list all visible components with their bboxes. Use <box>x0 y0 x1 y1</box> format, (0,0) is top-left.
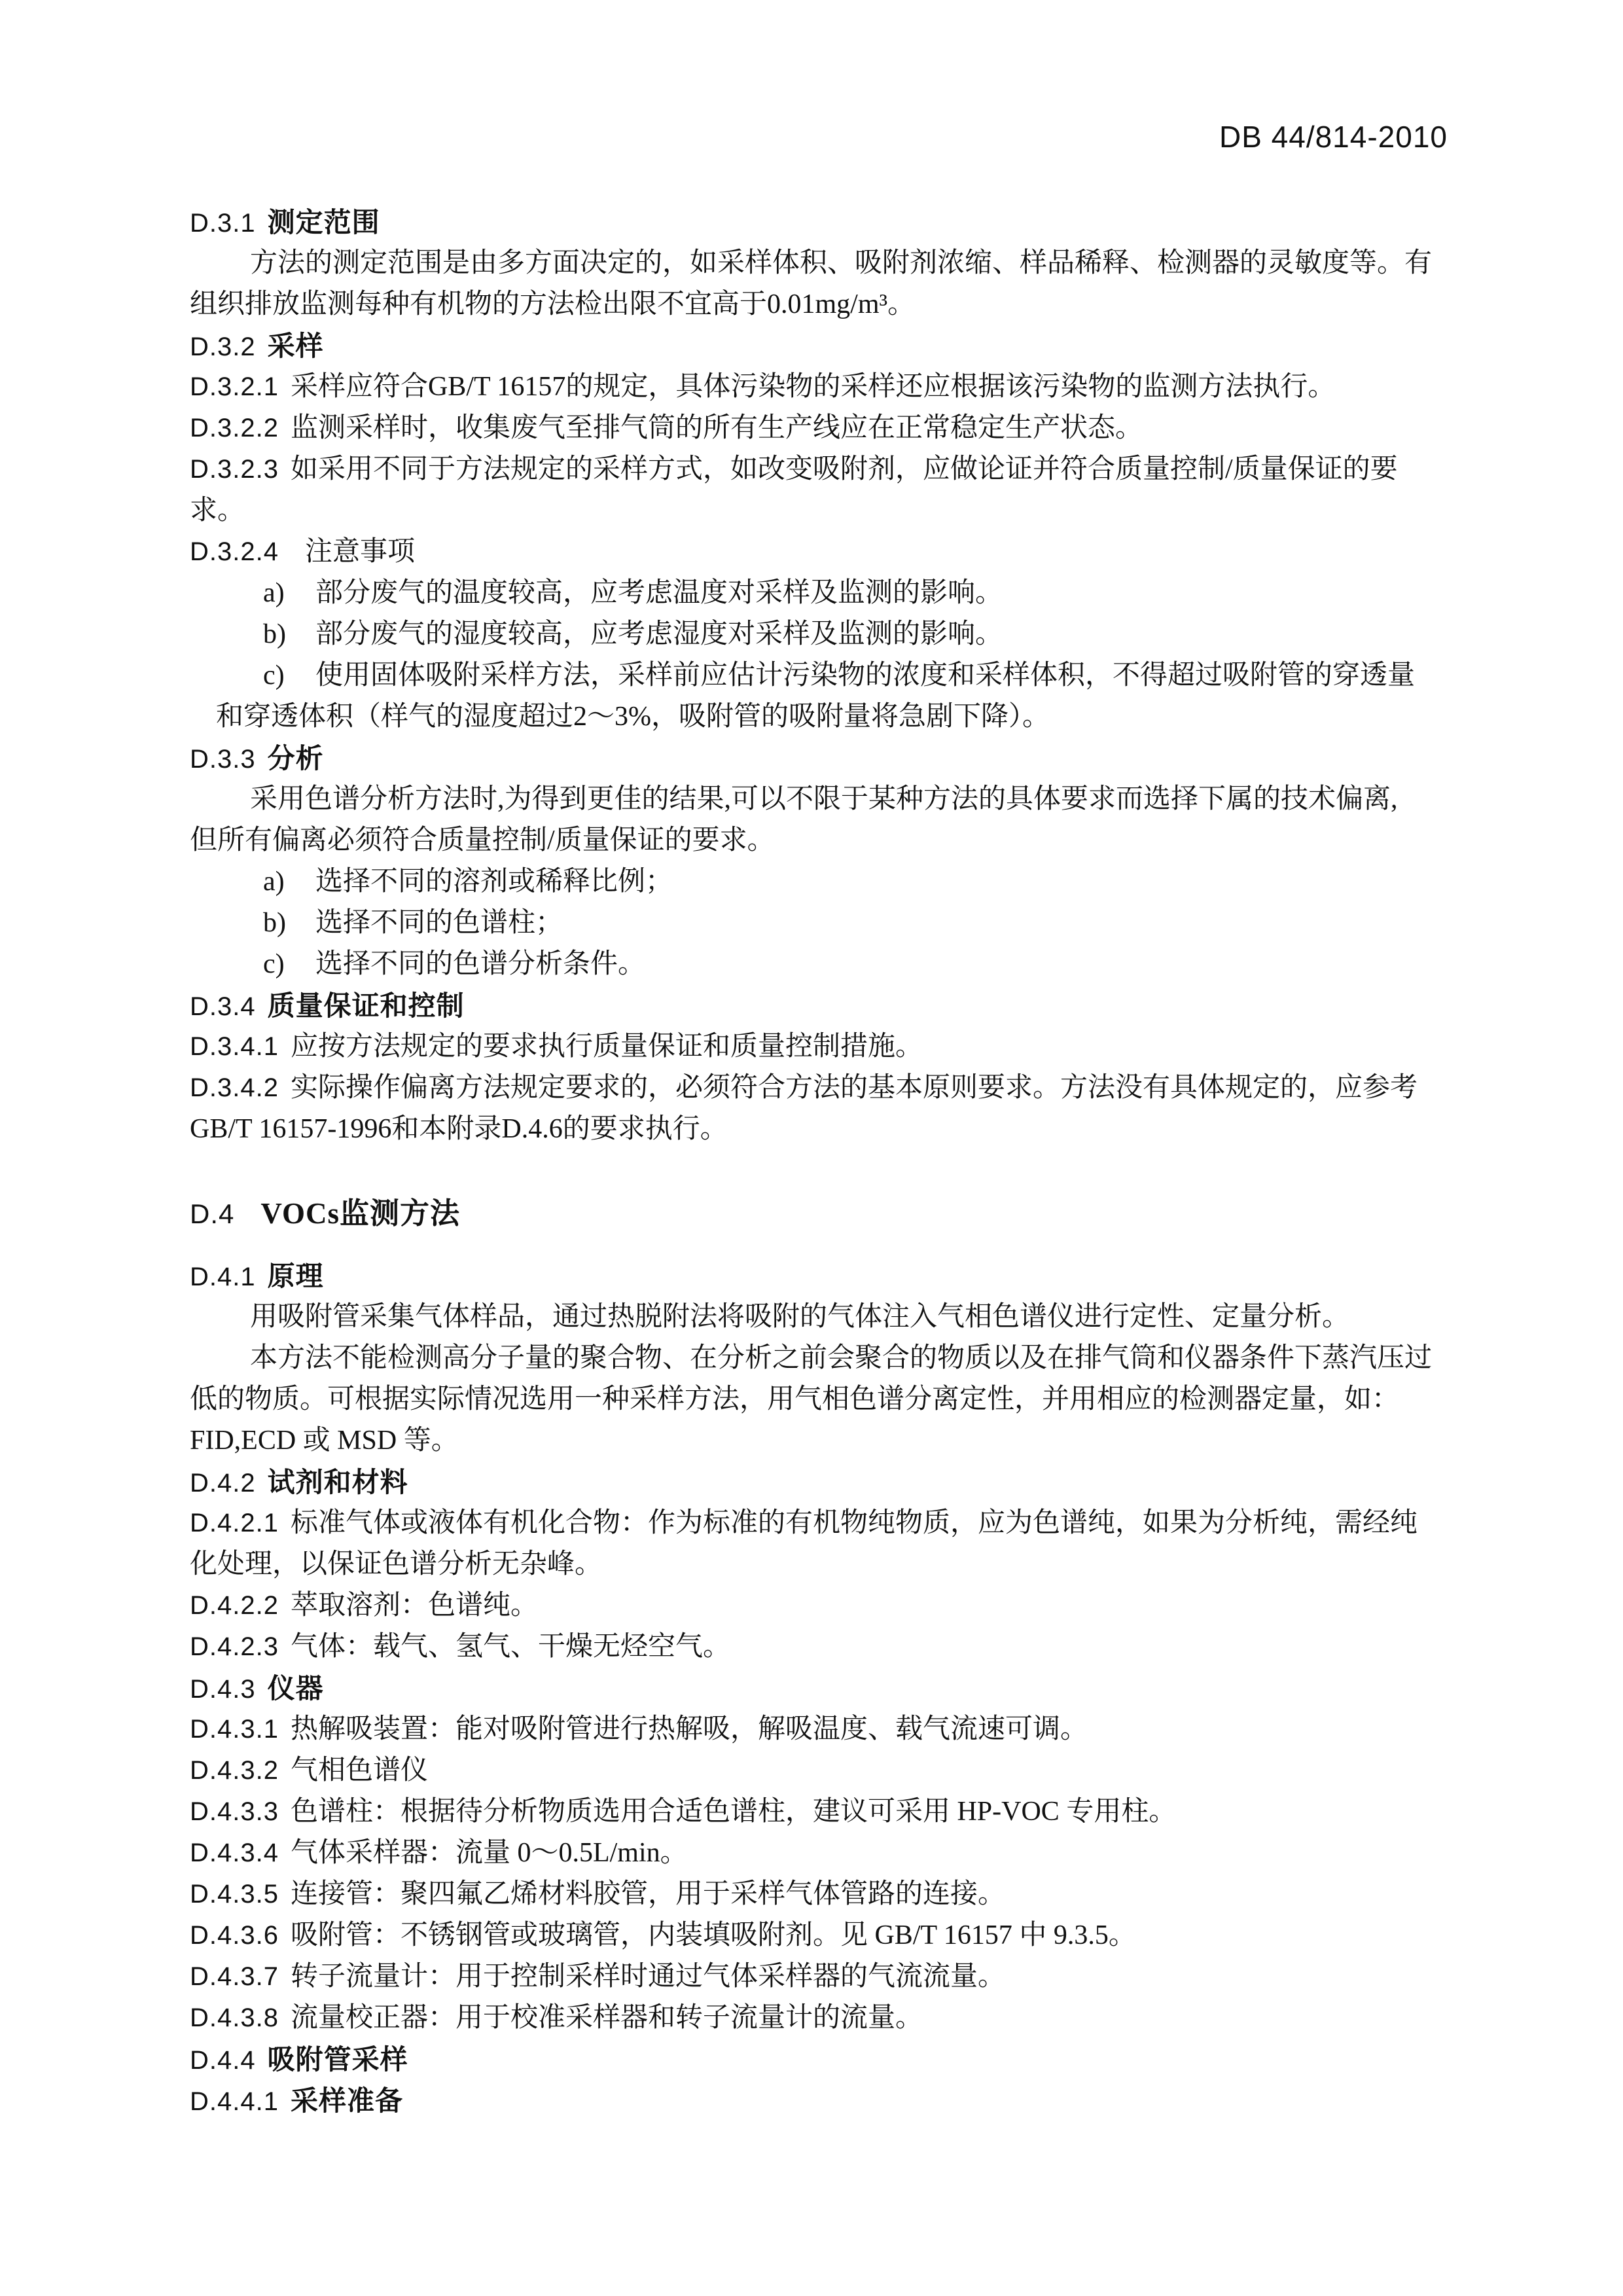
section-heading-line: D.4.4.1采样准备 <box>190 2080 1448 2121</box>
clause-number: D.4.2.3 <box>190 1632 279 1661</box>
clause-number: D.4.3.5 <box>190 1880 279 1909</box>
clause-number: D.4.2.2 <box>190 1591 279 1620</box>
clause-number: D.3.2.1 <box>190 372 279 401</box>
line-text: 但所有偏离必须符合质量控制/质量保证的要求。 <box>190 825 775 855</box>
paragraph-line: 但所有偏离必须符合质量控制/质量保证的要求。 <box>190 820 1448 861</box>
heading-title: 吸附管采样 <box>268 2044 408 2075</box>
line-text: 部分废气的湿度较高，应考虑湿度对采样及监测的影响。 <box>315 619 1003 649</box>
item-marker: b) <box>263 614 315 655</box>
clause-number: D.4.4.1 <box>190 2087 279 2116</box>
clause-number: D.3.4.2 <box>190 1073 279 1102</box>
line-text: 选择不同的溶剂或稀释比例； <box>315 867 673 897</box>
line-text: 选择不同的色谱分析条件。 <box>315 949 645 979</box>
list-item-line: b)部分废气的湿度较高，应考虑湿度对采样及监测的影响。 <box>190 614 1448 655</box>
line-text: 采样应符合GB/T 16157的规定，具体污染物的采样还应根据该污染物的监测方法… <box>291 372 1335 402</box>
clause-number: D.4.3.1 <box>190 1715 279 1744</box>
paragraph-line: 用吸附管采集气体样品，通过热脱附法将吸附的气体注入气相色谱仪进行定性、定量分析。 <box>190 1297 1448 1338</box>
clause-number: D.4.2 <box>190 1469 256 1498</box>
paragraph-line: 本方法不能检测高分子量的聚合物、在分析之前会聚合的物质以及在排气筒和仪器条件下蒸… <box>190 1338 1448 1379</box>
line-text: 化处理，以保证色谱分析无杂峰。 <box>190 1549 602 1579</box>
clause-number: D.4.3.7 <box>190 1962 279 1991</box>
clause-number: D.4.3.6 <box>190 1921 279 1950</box>
list-item-line: b)选择不同的色谱柱； <box>190 903 1448 944</box>
clause-number: D.3.3 <box>190 745 256 774</box>
paragraph-line: 化处理，以保证色谱分析无杂峰。 <box>190 1544 1448 1585</box>
heading-title: 试剂和材料 <box>268 1467 408 1498</box>
section-heading-line: D.3.1测定范围 <box>190 202 1448 243</box>
line-text: 连接管：聚四氟乙烯材料胶管，用于采样气体管路的连接。 <box>291 1879 1005 1909</box>
paragraph-line: 采用色谱分析方法时,为得到更佳的结果,可以不限于某种方法的具体要求而选择下属的技… <box>190 779 1448 820</box>
heading-title: 采样 <box>268 331 324 361</box>
line-text: 萃取溶剂：色谱纯。 <box>291 1590 538 1621</box>
clause-number: D.3.1 <box>190 209 256 238</box>
clause-line: D.3.2.2监测采样时，收集废气至排气筒的所有生产线应在正常稳定生产状态。 <box>190 408 1448 449</box>
paragraph-line: 方法的测定范围是由多方面决定的，如采样体积、吸附剂浓缩、样品稀释、检测器的灵敏度… <box>190 243 1448 284</box>
heading-title: 质量保证和控制 <box>268 990 465 1021</box>
item-marker: b) <box>263 903 315 944</box>
list-item-line: a)部分废气的温度较高，应考虑温度对采样及监测的影响。 <box>190 573 1448 614</box>
line-text: 实际操作偏离方法规定要求的，必须符合方法的基本原则要求。方法没有具体规定的，应参… <box>291 1073 1418 1103</box>
line-text: 选择不同的色谱柱； <box>315 908 563 938</box>
clause-number: D.3.2.4 <box>190 537 279 566</box>
item-marker: a) <box>263 861 315 903</box>
document-page: DB 44/814-2010 D.3.1测定范围方法的测定范围是由多方面决定的，… <box>0 0 1623 2296</box>
line-text: 低的物质。可根据实际情况选用一种采样方法，用气相色谱分离定性，并用相应的检测器定… <box>190 1384 1399 1414</box>
line-text: 和穿透体积（样气的湿度超过2～3%，吸附管的吸附量将急剧下降）。 <box>216 702 1050 732</box>
line-text: 气体：载气、氢气、干燥无烃空气。 <box>291 1632 730 1662</box>
line-text: 色谱柱：根据待分析物质选用合适色谱柱，建议可采用 HP-VOC 专用柱。 <box>291 1797 1176 1827</box>
item-marker: c) <box>263 655 315 696</box>
line-text: 部分废气的温度较高，应考虑温度对采样及监测的影响。 <box>315 578 1003 608</box>
document-body: D.3.1测定范围方法的测定范围是由多方面决定的，如采样体积、吸附剂浓缩、样品稀… <box>190 202 1448 2121</box>
line-text: FID,ECD 或 MSD 等。 <box>190 1426 459 1456</box>
clause-number: D.3.2.3 <box>190 455 279 484</box>
clause-line: D.4.2.2萃取溶剂：色谱纯。 <box>190 1585 1448 1626</box>
clause-line: D.4.2.3气体：载气、氢气、干燥无烃空气。 <box>190 1626 1448 1668</box>
paragraph-line: 低的物质。可根据实际情况选用一种采样方法，用气相色谱分离定性，并用相应的检测器定… <box>190 1379 1448 1420</box>
list-item-line: c)使用固体吸附采样方法，采样前应估计污染物的浓度和采样体积，不得超过吸附管的穿… <box>190 655 1448 696</box>
clause-number: D.4 <box>190 1198 234 1229</box>
clause-number: D.4.1 <box>190 1263 256 1291</box>
clause-line: D.3.2.1采样应符合GB/T 16157的规定，具体污染物的采样还应根据该污… <box>190 367 1448 408</box>
line-text: 使用固体吸附采样方法，采样前应估计污染物的浓度和采样体积，不得超过吸附管的穿透量 <box>315 660 1415 691</box>
line-text: 吸附管：不锈钢管或玻璃管，内装填吸附剂。见 GB/T 16157 中 9.3.5… <box>291 1920 1136 1950</box>
item-marker: c) <box>263 944 315 985</box>
clause-number: D.3.2 <box>190 332 256 361</box>
section-heading-line: D.4.4吸附管采样 <box>190 2039 1448 2080</box>
clause-number: D.4.2.1 <box>190 1509 279 1537</box>
line-text: 如采用不同于方法规定的采样方式，如改变吸附剂，应做论证并符合质量控制/质量保证的… <box>291 454 1398 484</box>
line-text: 气体采样器：流量 0～0.5L/min。 <box>291 1838 688 1868</box>
clause-number: D.4.3.3 <box>190 1797 279 1826</box>
clause-number: D.4.3.8 <box>190 2003 279 2032</box>
standard-document-page: { "doc": { "header": "DB 44/814-2010", "… <box>0 0 1623 2296</box>
paragraph-line: GB/T 16157-1996和本附录D.4.6的要求执行。 <box>190 1109 1448 1150</box>
heading-title: 原理 <box>268 1261 324 1291</box>
clause-line: D.4.3.5连接管：聚四氟乙烯材料胶管，用于采样气体管路的连接。 <box>190 1874 1448 1915</box>
line-text: 方法的测定范围是由多方面决定的，如采样体积、吸附剂浓缩、样品稀释、检测器的灵敏度… <box>250 248 1432 278</box>
list-item-line: a)选择不同的溶剂或稀释比例； <box>190 861 1448 903</box>
line-text: 转子流量计：用于控制采样时通过气体采样器的气流流量。 <box>291 1962 1005 1992</box>
clause-line: D.3.4.1应按方法规定的要求执行质量保证和质量控制措施。 <box>190 1026 1448 1067</box>
clause-line: D.4.3.4气体采样器：流量 0～0.5L/min。 <box>190 1833 1448 1874</box>
line-text: 用吸附管采集气体样品，通过热脱附法将吸附的气体注入气相色谱仪进行定性、定量分析。 <box>250 1302 1349 1332</box>
line-text: 监测采样时，收集废气至排气筒的所有生产线应在正常稳定生产状态。 <box>291 413 1143 443</box>
line-text: 流量校正器：用于校准采样器和转子流量计的流量。 <box>291 2003 923 2033</box>
list-item-line: c)选择不同的色谱分析条件。 <box>190 944 1448 985</box>
clause-line: D.4.3.2气相色谱仪 <box>190 1750 1448 1791</box>
heading-title: 仪器 <box>268 1673 324 1704</box>
clause-number: D.4.3.4 <box>190 1839 279 1867</box>
clause-line: D.3.4.2实际操作偏离方法规定要求的，必须符合方法的基本原则要求。方法没有具… <box>190 1067 1448 1109</box>
line-text: 注意事项 <box>305 537 415 567</box>
clause-line: D.4.3.1热解吸装置：能对吸附管进行热解吸，解吸温度、载气流速可调。 <box>190 1709 1448 1750</box>
section-heading-line: D.3.3分析 <box>190 738 1448 779</box>
line-text: 本方法不能检测高分子量的聚合物、在分析之前会聚合的物质以及在排气筒和仪器条件下蒸… <box>250 1343 1432 1373</box>
heading-title: 测定范围 <box>268 207 380 238</box>
line-text: 采用色谱分析方法时,为得到更佳的结果,可以不限于某种方法的具体要求而选择下属的技… <box>250 784 1398 814</box>
line-text: 标准气体或液体有机化合物：作为标准的有机物纯物质，应为色谱纯，如果为分析纯，需经… <box>291 1508 1418 1538</box>
clause-number: D.4.4 <box>190 2046 256 2075</box>
line-text: 应按方法规定的要求执行质量保证和质量控制措施。 <box>291 1031 923 1062</box>
clause-line: D.3.2.3如采用不同于方法规定的采样方式，如改变吸附剂，应做论证并符合质量控… <box>190 449 1448 490</box>
section-heading-line: D.3.2采样 <box>190 325 1448 367</box>
paragraph-line: 组织排放监测每种有机物的方法检出限不宜高于0.01mg/m³。 <box>190 284 1448 325</box>
line-text: 组织排放监测每种有机物的方法检出限不宜高于0.01mg/m³。 <box>190 289 915 319</box>
clause-line: D.4.2.1标准气体或液体有机化合物：作为标准的有机物纯物质，应为色谱纯，如果… <box>190 1503 1448 1544</box>
item-marker: a) <box>263 573 315 614</box>
clause-number: D.4.3.2 <box>190 1756 279 1785</box>
chapter-heading-line: D.4VOCs监测方法 <box>190 1193 1448 1234</box>
clause-number: D.3.4 <box>190 992 256 1021</box>
heading-title: VOCs监测方法 <box>260 1197 460 1230</box>
line-text: GB/T 16157-1996和本附录D.4.6的要求执行。 <box>190 1114 728 1144</box>
paragraph-line: 求。 <box>190 490 1448 531</box>
clause-number: D.3.2.2 <box>190 414 279 442</box>
paragraph-line: FID,ECD 或 MSD 等。 <box>190 1420 1448 1462</box>
heading-title: 采样准备 <box>291 2085 403 2116</box>
paragraph-line: 和穿透体积（样气的湿度超过2～3%，吸附管的吸附量将急剧下降）。 <box>190 696 1448 738</box>
heading-title: 分析 <box>268 743 324 774</box>
clause-line: D.3.2.4注意事项 <box>190 531 1448 573</box>
clause-line: D.4.3.8流量校正器：用于校准采样器和转子流量计的流量。 <box>190 1998 1448 2039</box>
section-heading-line: D.3.4质量保证和控制 <box>190 985 1448 1026</box>
clause-line: D.4.3.3色谱柱：根据待分析物质选用合适色谱柱，建议可采用 HP-VOC 专… <box>190 1791 1448 1833</box>
clause-number: D.3.4.1 <box>190 1032 279 1061</box>
line-text: 气相色谱仪 <box>291 1755 428 1785</box>
line-text: 热解吸装置：能对吸附管进行热解吸，解吸温度、载气流速可调。 <box>291 1714 1088 1744</box>
section-heading-line: D.4.1原理 <box>190 1255 1448 1297</box>
line-text: 求。 <box>190 495 245 526</box>
section-heading-line: D.4.3仪器 <box>190 1668 1448 1709</box>
section-heading-line: D.4.2试剂和材料 <box>190 1462 1448 1503</box>
clause-line: D.4.3.7转子流量计：用于控制采样时通过气体采样器的气流流量。 <box>190 1956 1448 1998</box>
clause-number: D.4.3 <box>190 1675 256 1704</box>
clause-line: D.4.3.6吸附管：不锈钢管或玻璃管，内装填吸附剂。见 GB/T 16157 … <box>190 1915 1448 1956</box>
document-number-header: DB 44/814-2010 <box>190 119 1448 154</box>
